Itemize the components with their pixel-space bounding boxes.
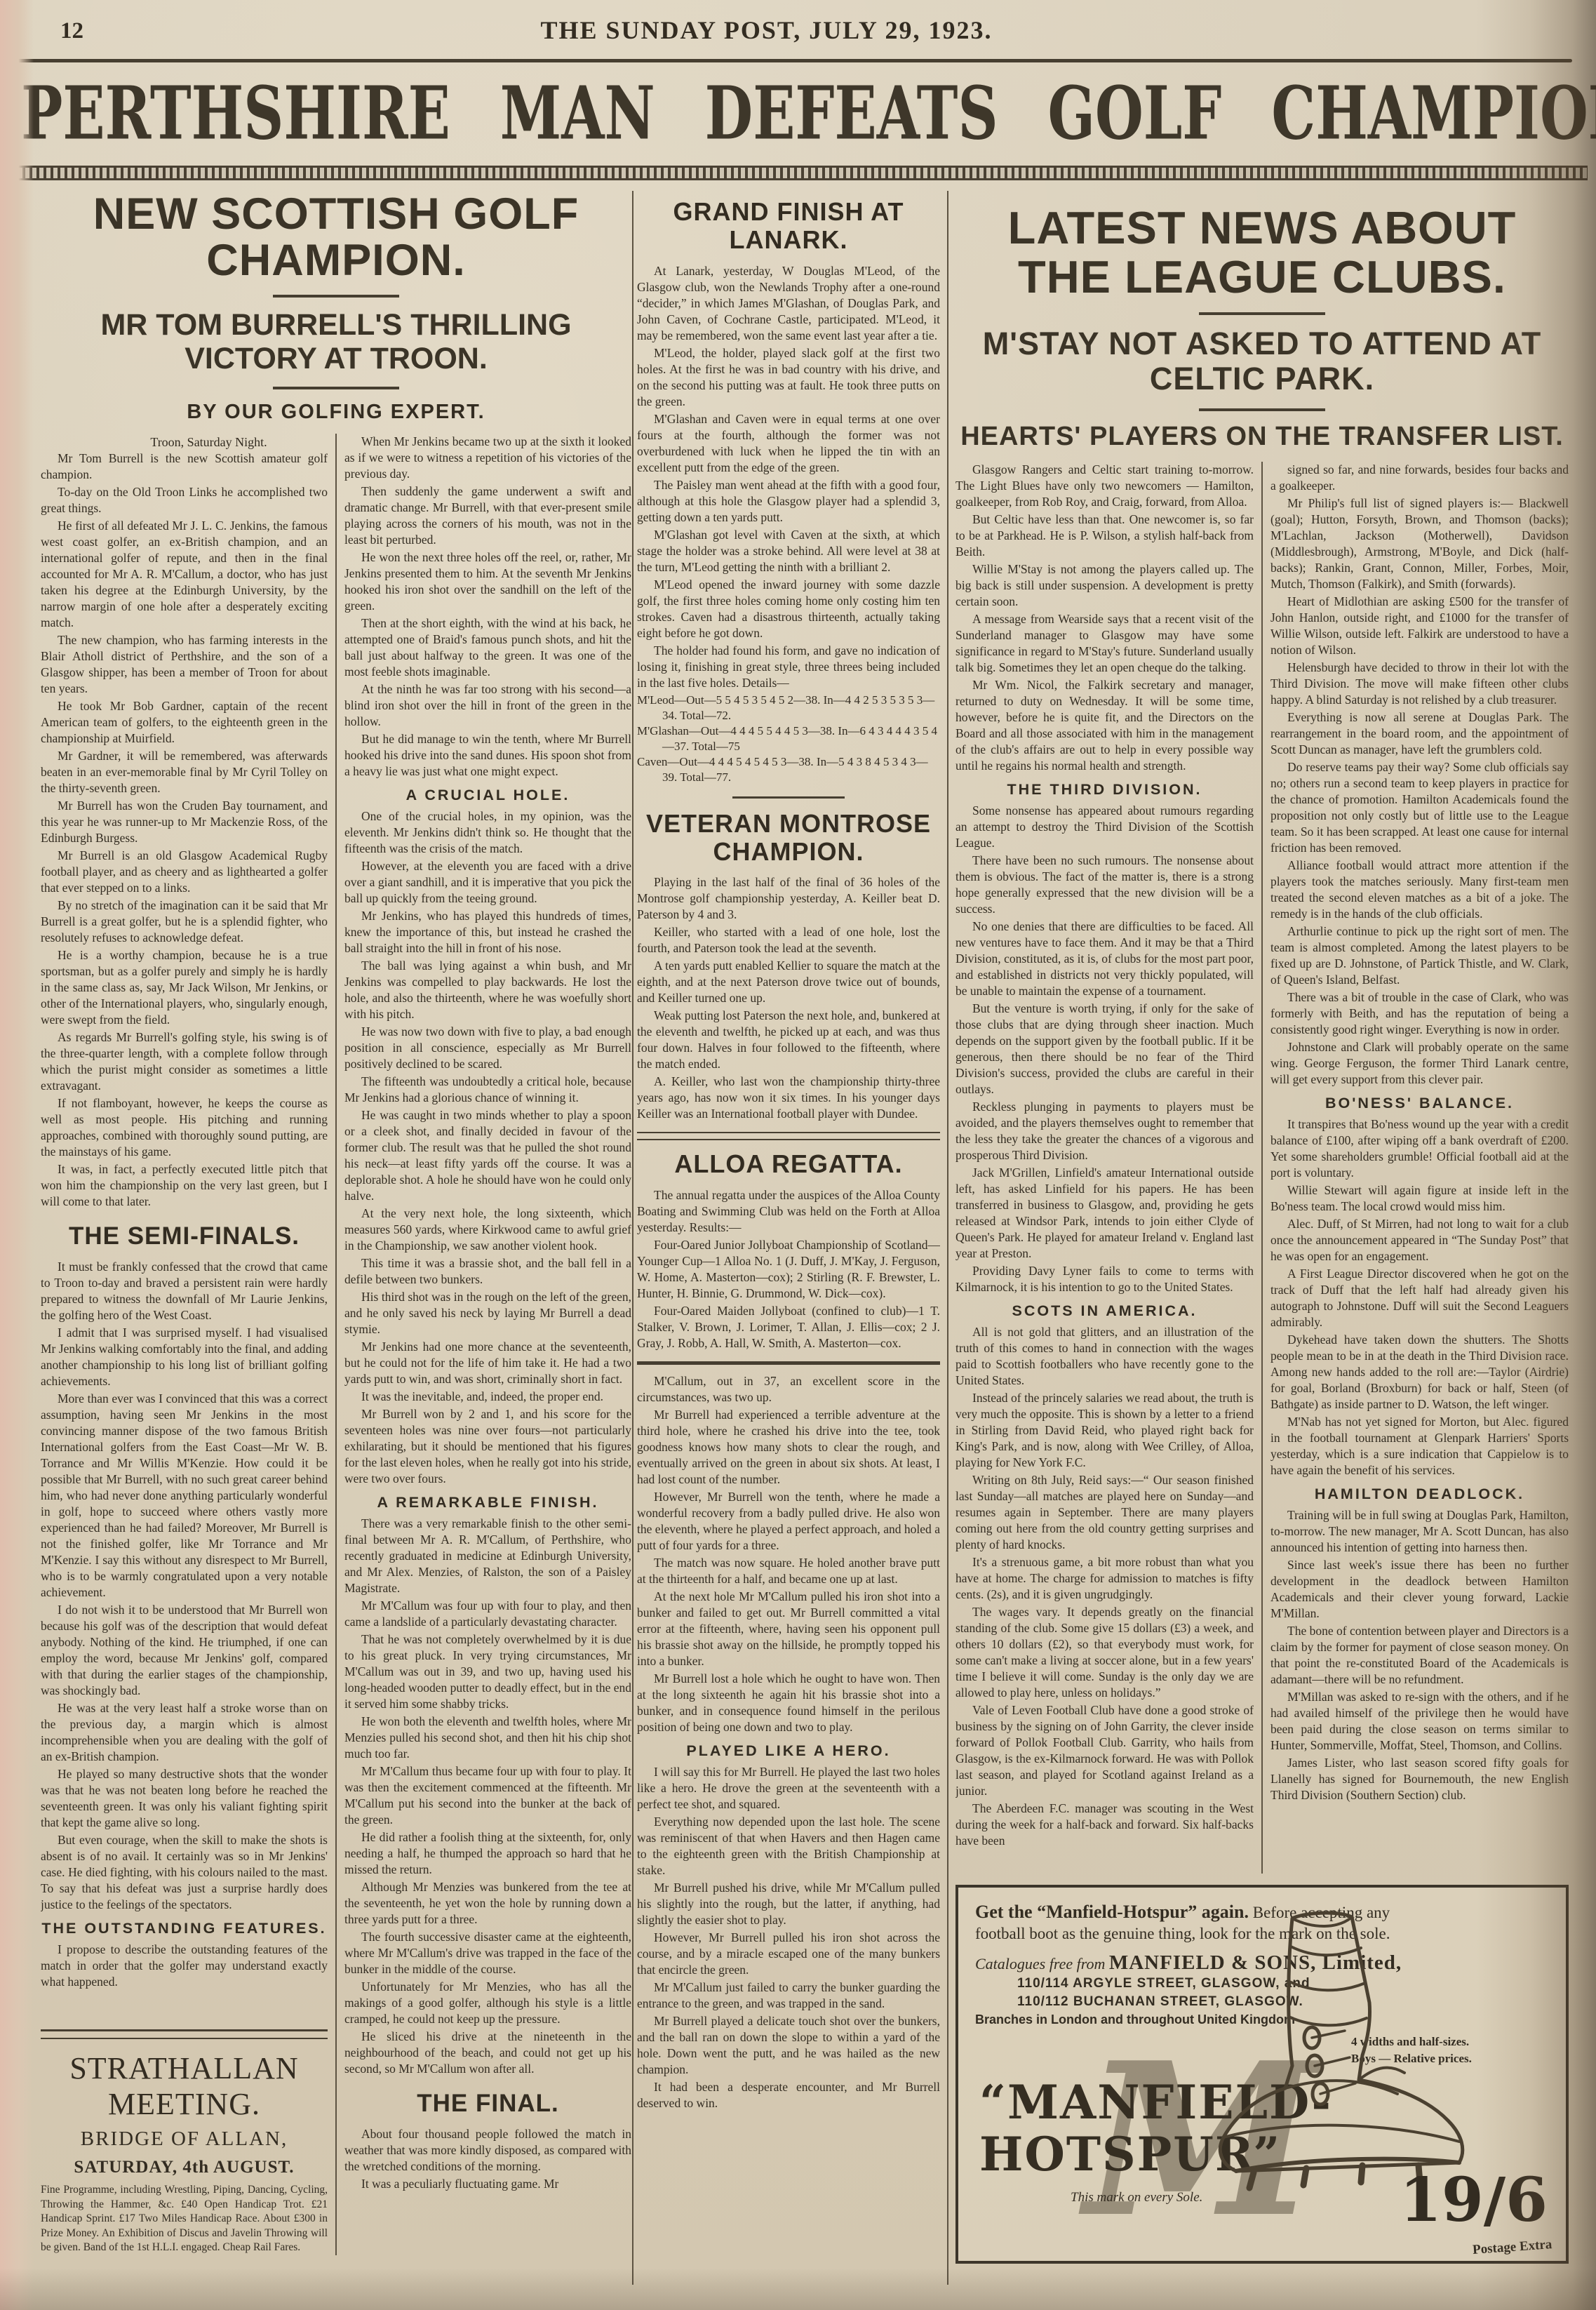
- text-block: SCOTS IN AMERICA.: [955, 1302, 1254, 1320]
- text-block: Mr Burrell won by 2 and 1, and his score…: [344, 1406, 631, 1487]
- text-block: Mr Burrell pushed his drive, while Mr M'…: [637, 1880, 940, 1928]
- text-block: But even courage, when the skill to make…: [41, 1832, 328, 1913]
- section-rule: [41, 2029, 328, 2039]
- article-headline: NEW SCOTTISH GOLF CHAMPION.: [41, 191, 631, 283]
- text-block: Glasgow Rangers and Celtic start trainin…: [955, 462, 1254, 510]
- text-block: There was a bit of trouble in the case o…: [1270, 989, 1569, 1038]
- text-block: M'Leod, the holder, played slack golf at…: [637, 345, 940, 410]
- chain-border: [8, 166, 1588, 180]
- text-block: BO'NESS' BALANCE.: [1270, 1095, 1569, 1112]
- text-block: ALLOA REGATTA.: [637, 1150, 940, 1178]
- column-2-text: When Mr Jenkins became two up at the six…: [344, 434, 631, 2194]
- text-block: He was now two down with five to play, a…: [344, 1024, 631, 1072]
- text-block: Johnstone and Clark will probably operat…: [1270, 1039, 1569, 1088]
- text-block: Mr Jenkins had one more chance at the se…: [344, 1339, 631, 1387]
- text-block: Mr Burrell played a delicate touch shot …: [637, 2013, 940, 2078]
- text-block: However, at the eleventh you are faced w…: [344, 858, 631, 907]
- text-block: He took Mr Bob Gardner, captain of the r…: [41, 698, 328, 747]
- manfield-hotspur-advert: Get the “Manfield-Hotspur” again. Before…: [955, 1885, 1569, 2264]
- text-block: VETERAN MONTROSE CHAMPION.: [637, 810, 940, 867]
- text-block: One of the crucial holes, in my opinion,…: [344, 808, 631, 857]
- text-block: When Mr Jenkins became two up at the six…: [344, 434, 631, 482]
- text-block: Mr M'Callum thus became four up with fou…: [344, 1763, 631, 1828]
- text-block: [732, 796, 845, 799]
- text-block: At the ninth he was far too strong with …: [344, 681, 631, 730]
- text-block: The Aberdeen F.C. manager was scouting i…: [955, 1801, 1254, 1849]
- text-block: Mr Jenkins, who has played this hundreds…: [344, 908, 631, 956]
- text-block: Although Mr Menzies was bunkered from th…: [344, 1879, 631, 1928]
- text-block: M'Glashan got level with Caven at the si…: [637, 527, 940, 575]
- text-block: I do not wish it to be understood that M…: [41, 1602, 328, 1699]
- text-block: Then suddenly the game underwent a swift…: [344, 483, 631, 548]
- column-3-text: GRAND FINISH AT LANARK.At Lanark, yester…: [637, 198, 940, 2111]
- text-block: I propose to describe the outstanding fe…: [41, 1942, 328, 1990]
- text-block: Mr Tom Burrell is the new Scottish amate…: [41, 450, 328, 483]
- text-block: At the very next hole, the long sixteent…: [344, 1206, 631, 1254]
- text-block: It transpires that Bo'ness wound up the …: [1270, 1116, 1569, 1181]
- column-1-text: Troon, Saturday Night.Mr Tom Burrell is …: [41, 434, 328, 1991]
- text-block: However, Mr Burrell pulled his iron shot…: [637, 1930, 940, 1978]
- text-block: But the venture is worth trying, if only…: [955, 1001, 1254, 1097]
- masthead-rule: [10, 59, 1572, 62]
- text-block: He is a worthy champion, because he is a…: [41, 947, 328, 1028]
- text-block: Some nonsense has appeared about rumours…: [955, 803, 1254, 851]
- text-block: He was caught in two minds whether to pl…: [344, 1107, 631, 1204]
- text-block: Mr Burrell lost a hole which he ought to…: [637, 1671, 940, 1735]
- text-block: The new champion, who has farming intere…: [41, 632, 328, 697]
- league-column-left: Glasgow Rangers and Celtic start trainin…: [955, 462, 1254, 1874]
- text-block: Do reserve teams pay their way? Some clu…: [1270, 759, 1569, 856]
- text-block: A message from Wearside says that a rece…: [955, 611, 1254, 676]
- text-block: It was, in fact, a perfectly executed li…: [41, 1161, 328, 1210]
- league-headline: LATEST NEWS ABOUT THE LEAGUE CLUBS.: [955, 203, 1569, 301]
- text-block: Mr Burrell has won the Cruden Bay tourna…: [41, 798, 328, 846]
- column-3: GRAND FINISH AT LANARK.At Lanark, yester…: [637, 194, 940, 2292]
- text-block: Then at the short eighth, with the wind …: [344, 615, 631, 680]
- strathallan-venue: BRIDGE OF ALLAN,: [41, 2128, 328, 2151]
- text-block: The Paisley man went ahead at the fifth …: [637, 477, 940, 526]
- text-block: Everything now depended upon the last ho…: [637, 1814, 940, 1878]
- text-block: Keiller, who started with a lead of one …: [637, 924, 940, 956]
- text-block: Troon, Saturday Night.: [41, 434, 328, 450]
- text-block: I will say this for Mr Burrell. He playe…: [637, 1764, 940, 1812]
- text-block: Alec. Duff, of St Mirren, had not long t…: [1270, 1216, 1569, 1264]
- text-block: THE THIRD DIVISION.: [955, 781, 1254, 799]
- text-block: GRAND FINISH AT LANARK.: [637, 198, 940, 255]
- text-block: Mr Burrell is an old Glasgow Academical …: [41, 848, 328, 896]
- text-block: A. Keiller, who last won the championshi…: [637, 1074, 940, 1122]
- text-block: Playing in the last half of the final of…: [637, 874, 940, 923]
- advert-postage: Postage Extra: [1472, 2237, 1553, 2258]
- text-block: Arthurlie continue to pick up the right …: [1270, 923, 1569, 988]
- text-block: It must be frankly confessed that the cr…: [41, 1259, 328, 1323]
- text-block: Mr Philip's full list of signed players …: [1270, 495, 1569, 592]
- text-block: About four thousand people followed the …: [344, 2126, 631, 2175]
- text-block: The match was now square. He holed anoth…: [637, 1555, 940, 1587]
- byline: BY OUR GOLFING EXPERT.: [41, 401, 631, 424]
- text-block: Providing Davy Lyner fails to come to te…: [955, 1263, 1254, 1295]
- column-divider: [335, 434, 337, 2255]
- text-block: Mr Gardner, it will be remembered, was a…: [41, 748, 328, 796]
- strathallan-body: Fine Programme, including Wrestling, Pip…: [41, 2183, 328, 2255]
- headline-rule: [1199, 312, 1325, 315]
- text-block: If not flamboyant, however, he keeps the…: [41, 1095, 328, 1160]
- text-block: HAMILTON DEADLOCK.: [1270, 1486, 1569, 1503]
- text-block: Unfortunately for Mr Menzies, who has al…: [344, 1979, 631, 2027]
- text-block: He was at the very least half a stroke w…: [41, 1700, 328, 1765]
- text-block: There was a very remarkable finish to th…: [344, 1516, 631, 1596]
- league-column-right: signed so far, and nine forwards, beside…: [1270, 462, 1569, 1874]
- text-block: I admit that I was surprised myself. I h…: [41, 1325, 328, 1389]
- strathallan-date: SATURDAY, 4th AUGUST.: [41, 2158, 328, 2177]
- advert-catalogues: Catalogues free from: [975, 1955, 1109, 1972]
- text-block: Everything is now all serene at Douglas …: [1270, 709, 1569, 758]
- newspaper-page: { "masthead": { "page_number": "12", "ti…: [0, 0, 1596, 2310]
- text-block: It was a peculiarly fluctuating game. Mr: [344, 2176, 631, 2192]
- text-block: Jack M'Grillen, Linfield's amateur Inter…: [955, 1165, 1254, 1262]
- text-block: More than ever was I convinced that this…: [41, 1391, 328, 1601]
- text-block: [637, 1132, 940, 1140]
- column-1: Troon, Saturday Night.Mr Tom Burrell is …: [41, 434, 328, 2255]
- league-subheadline: M'STAY NOT ASKED TO ATTEND AT CELTIC PAR…: [955, 326, 1569, 397]
- banner-headline: PERTHSHIRE MAN DEFEATS GOLF CHAMPION: [21, 70, 1575, 156]
- text-block: THE FINAL.: [344, 2090, 631, 2118]
- text-block: M'Leod—Out—5 5 4 5 3 5 4 5 2—38. In—4 4 …: [637, 693, 940, 723]
- text-block: By no stretch of the imagination can it …: [41, 897, 328, 946]
- text-block: There have been no such rumours. The non…: [955, 853, 1254, 917]
- text-block: The holder had found his form, and gave …: [637, 643, 940, 691]
- text-block: A ten yards putt enabled Kellier to squa…: [637, 958, 940, 1006]
- text-block: This time it was a brassie shot, and the…: [344, 1255, 631, 1288]
- text-block: He first of all defeated Mr J. L. C. Jen…: [41, 518, 328, 631]
- text-block: James Lister, who last season scored fif…: [1270, 1755, 1569, 1803]
- text-block: [637, 1361, 940, 1365]
- text-block: THE OUTSTANDING FEATURES.: [41, 1920, 328, 1937]
- text-block: M'Nab has not yet signed for Morton, but…: [1270, 1414, 1569, 1478]
- text-block: Vale of Leven Football Club have done a …: [955, 1702, 1254, 1799]
- league-crosshead: HEARTS' PLAYERS ON THE TRANSFER LIST.: [955, 422, 1569, 452]
- page-left-edge: [0, 0, 34, 2310]
- strathallan-title: STRATHALLAN MEETING.: [41, 2050, 328, 2122]
- text-block: But Celtic have less than that. One newc…: [955, 512, 1254, 560]
- text-block: M'Callum, out in 37, an excellent score …: [637, 1373, 940, 1406]
- text-block: THE SEMI-FINALS.: [41, 1222, 328, 1250]
- text-block: M'Glashan and Caven were in equal terms …: [637, 411, 940, 476]
- text-block: Training will be in full swing at Dougla…: [1270, 1507, 1569, 1556]
- column-2: When Mr Jenkins became two up at the six…: [344, 434, 631, 2255]
- league-news-section: LATEST NEWS ABOUT THE LEAGUE CLUBS. M'ST…: [955, 203, 1569, 2264]
- text-block: Writing on 8th July, Reid says:—“ Our se…: [955, 1472, 1254, 1553]
- text-block: The annual regatta under the auspices of…: [637, 1187, 940, 1236]
- text-block: M'Leod opened the inward journey with so…: [637, 577, 940, 641]
- text-block: The ball was lying against a whin bush, …: [344, 958, 631, 1022]
- text-block: Heart of Midlothian are asking £500 for …: [1270, 594, 1569, 658]
- text-block: Willie M'Stay is not among the players c…: [955, 561, 1254, 610]
- masthead-title: THE SUNDAY POST, JULY 29, 1923.: [0, 15, 1533, 45]
- text-block: But he did manage to win the tenth, wher…: [344, 731, 631, 780]
- article-new-scottish-golf-champion: NEW SCOTTISH GOLF CHAMPION. MR TOM BURRE…: [41, 191, 631, 2255]
- text-block: Dykehead have taken down the shutters. T…: [1270, 1332, 1569, 1413]
- text-block: Mr M'Callum was four up with four to pla…: [344, 1598, 631, 1630]
- headline-rule: [273, 295, 399, 298]
- text-block: However, Mr Burrell won the tenth, where…: [637, 1489, 940, 1554]
- text-block: At Lanark, yesterday, W Douglas M'Leod, …: [637, 263, 940, 344]
- text-block: He won the next three holes off the reel…: [344, 549, 631, 614]
- text-block: Mr Wm. Nicol, the Falkirk secretary and …: [955, 677, 1254, 774]
- text-block: M'Glashan—Out—4 4 4 5 5 4 4 5 3—38. In—6…: [637, 723, 940, 754]
- text-block: Instead of the princely salaries we read…: [955, 1390, 1254, 1471]
- text-block: It had been a desperate encounter, and M…: [637, 2079, 940, 2111]
- text-block: No one denies that there are difficultie…: [955, 919, 1254, 999]
- advert-price: 19/6: [1400, 2165, 1548, 2236]
- text-block: The bone of contention between player an…: [1270, 1623, 1569, 1688]
- text-block: Four-Oared Maiden Jollyboat (confined to…: [637, 1303, 940, 1351]
- text-block: A REMARKABLE FINISH.: [344, 1494, 631, 1511]
- text-block: The fifteenth was undoubtedly a critical…: [344, 1074, 631, 1106]
- league-right-text: signed so far, and nine forwards, beside…: [1270, 462, 1569, 1803]
- football-boot-illustration: [1187, 1897, 1489, 2206]
- text-block: It was the inevitable, and, indeed, the …: [344, 1389, 631, 1405]
- text-block: Reckless plunging in payments to players…: [955, 1099, 1254, 1163]
- text-block: The wages vary. It depends greatly on th…: [955, 1604, 1254, 1701]
- text-block: Helensburgh have decided to throw in the…: [1270, 660, 1569, 708]
- column-divider: [1261, 462, 1263, 1874]
- text-block: M'Millan was asked to re-sign with the o…: [1270, 1689, 1569, 1754]
- text-block: Four-Oared Junior Jollyboat Championship…: [637, 1237, 940, 1302]
- text-block: At the next hole Mr M'Callum pulled his …: [637, 1589, 940, 1669]
- text-block: Mr M'Callum just failed to carry the bun…: [637, 1979, 940, 2012]
- text-block: He sliced his drive at the nineteenth in…: [344, 2029, 631, 2077]
- text-block: He won both the eleventh and twelfth hol…: [344, 1714, 631, 1762]
- strathallan-notice: STRATHALLAN MEETING. BRIDGE OF ALLAN, SA…: [41, 2018, 328, 2255]
- text-block: Weak putting lost Paterson the next hole…: [637, 1008, 940, 1072]
- text-block: To-day on the Old Troon Links he accompl…: [41, 484, 328, 516]
- column-rule: [632, 191, 633, 2285]
- text-block: As regards Mr Burrell's golfing style, h…: [41, 1029, 328, 1094]
- text-block: He did rather a foolish thing at the six…: [344, 1829, 631, 1878]
- text-block: It's a strenuous game, a bit more robust…: [955, 1554, 1254, 1603]
- headline-rule: [273, 387, 399, 389]
- text-block: He played so many destructive shots that…: [41, 1766, 328, 1831]
- text-block: signed so far, and nine forwards, beside…: [1270, 462, 1569, 494]
- league-left-text: Glasgow Rangers and Celtic start trainin…: [955, 462, 1254, 1849]
- text-block: A CRUCIAL HOLE.: [344, 787, 631, 804]
- article-subheadline: MR TOM BURRELL'S THRILLING VICTORY AT TR…: [41, 309, 631, 375]
- text-block: Caven—Out—4 4 4 5 4 5 4 5 3—38. In—5 4 3…: [637, 754, 940, 785]
- text-block: Mr Burrell had experienced a terrible ad…: [637, 1407, 940, 1488]
- text-block: Since last week's issue there has been n…: [1270, 1557, 1569, 1622]
- headline-rule: [1199, 408, 1325, 411]
- text-block: His third shot was in the rough on the l…: [344, 1289, 631, 1337]
- text-block: Alliance football would attract more att…: [1270, 857, 1569, 922]
- column-rule: [947, 191, 948, 2285]
- text-block: Willie Stewart will again figure at insi…: [1270, 1182, 1569, 1215]
- text-block: That he was not completely overwhelmed b…: [344, 1631, 631, 1712]
- text-block: A First League Director discovered when …: [1270, 1266, 1569, 1330]
- text-block: All is not gold that glitters, and an il…: [955, 1324, 1254, 1389]
- text-block: PLAYED LIKE A HERO.: [637, 1742, 940, 1760]
- text-block: The fourth successive disaster came at t…: [344, 1929, 631, 1977]
